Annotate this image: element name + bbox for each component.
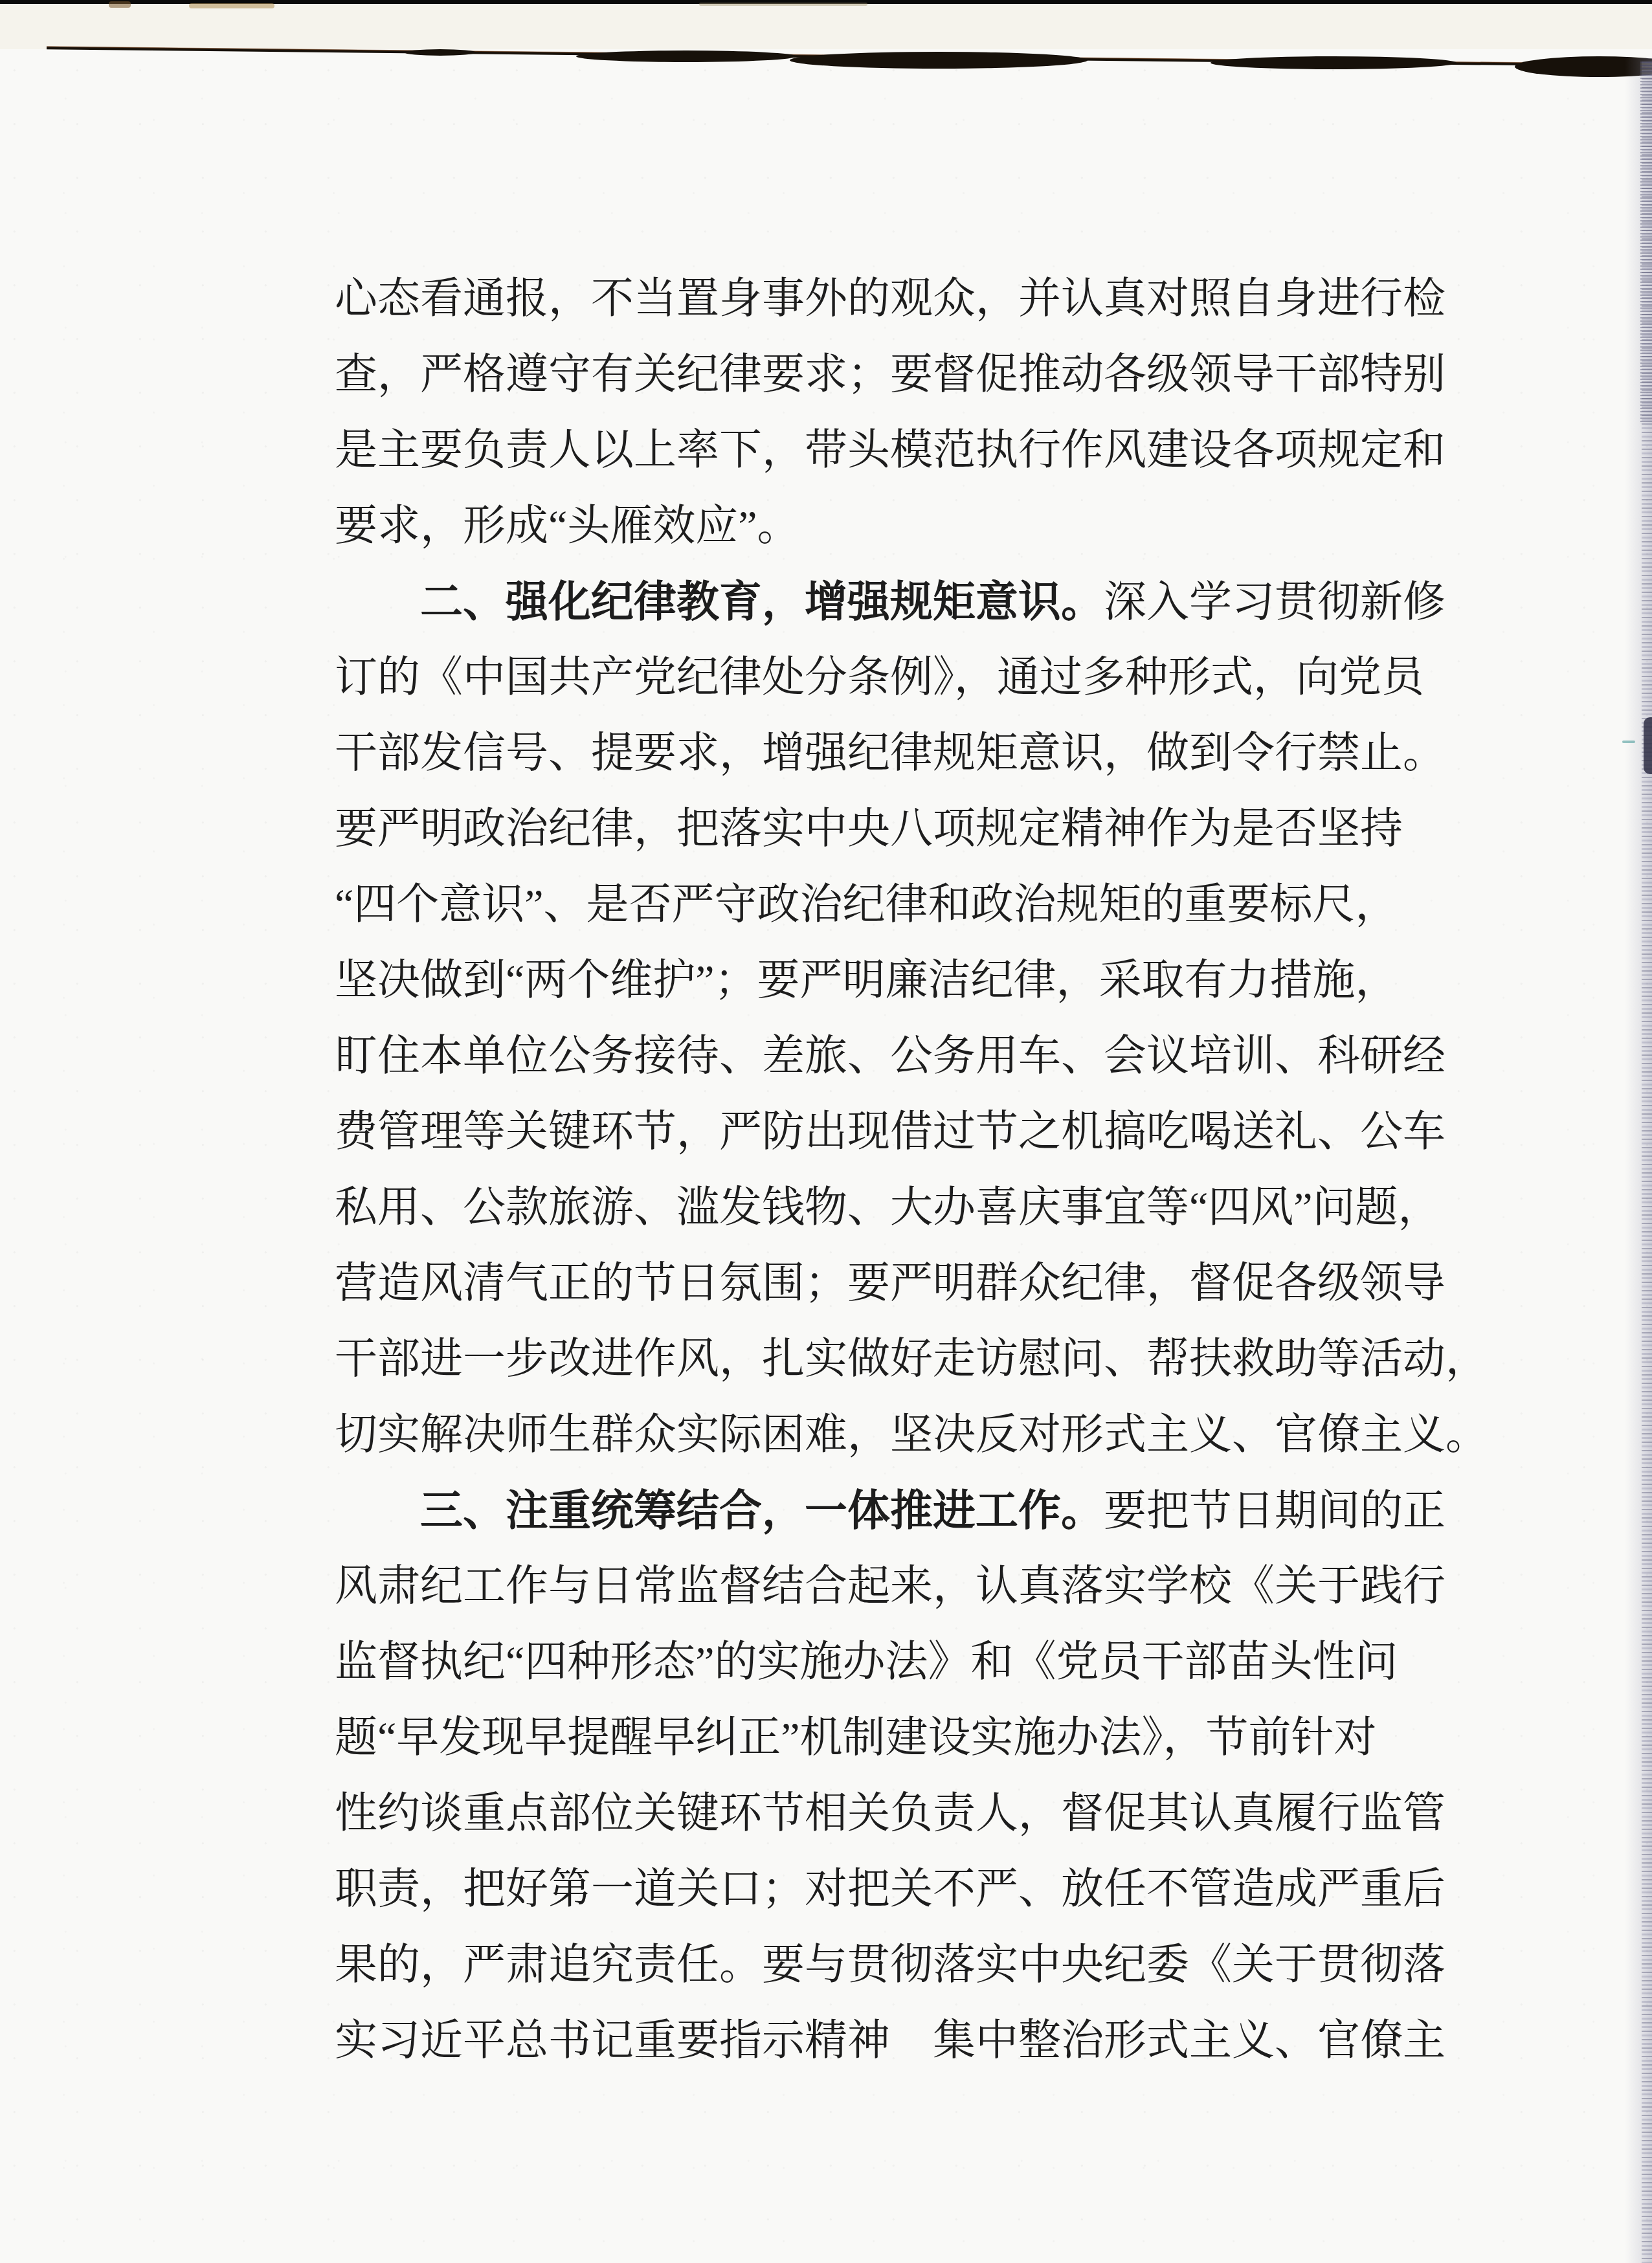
document-text-line: 私用、公款旅游、滥发钱物、大办喜庆事宜等“四风”问题， bbox=[335, 1170, 1448, 1245]
teal-speck-artifact bbox=[1622, 741, 1635, 743]
document-body-text: 心态看通报，不当置身事外的观众，并认真对照自身进行检查，严格遵守有关纪律要求；要… bbox=[335, 261, 1448, 2079]
paragraph-text: 营造风清气正的节日氛围；要严明群众纪律，督促各级领导 bbox=[335, 1260, 1445, 1307]
paragraph-text: 要求，形成“头雁效应”。 bbox=[335, 502, 800, 550]
document-text-line: 是主要负责人以上率下，带头模范执行作风建设各项规定和 bbox=[335, 412, 1448, 488]
scanned-document-page: 心态看通报，不当置身事外的观众，并认真对照自身进行检查，严格遵守有关纪律要求；要… bbox=[0, 0, 1652, 2263]
scan-crease-line-artifact bbox=[0, 0, 1652, 117]
document-text-line: 风肃纪工作与日常监督结合起来，认真落实学校《关于践行 bbox=[335, 1548, 1448, 1624]
document-text-line: 实习近平总书记重要指示精神 集中整治形式主义、官僚主 bbox=[335, 2003, 1448, 2079]
paragraph-text: 切实解决师生群众实际困难，坚决反对形式主义、官僚主义。 bbox=[335, 1411, 1488, 1458]
document-text-line: 要严明政治纪律，把落实中央八项规定精神作为是否坚持 bbox=[335, 791, 1448, 867]
document-text-line: 要求，形成“头雁效应”。 bbox=[335, 488, 1448, 564]
document-text-line: 坚决做到“两个维护”；要严明廉洁纪律，采取有力措施， bbox=[335, 942, 1448, 1018]
document-text-line: 查，严格遵守有关纪律要求；要督促推动各级领导干部特别 bbox=[335, 337, 1448, 412]
document-text-line: 二、强化纪律教育，增强规矩意识。深入学习贯彻新修 bbox=[335, 564, 1448, 640]
document-text-line: 性约谈重点部位关键环节相关负责人，督促其认真履行监管 bbox=[335, 1776, 1448, 1851]
paragraph-text: 费管理等关键环节，严防出现借过节之机搞吃喝送礼、公车 bbox=[335, 1108, 1445, 1155]
scan-right-edge-artifact-top bbox=[1640, 61, 1652, 424]
paragraph-text: 风肃纪工作与日常监督结合起来，认真落实学校《关于践行 bbox=[335, 1563, 1445, 1610]
paragraph-text: 订的《中国共产党纪律处分条例》，通过多种形式，向党员 bbox=[335, 654, 1424, 701]
paragraph-text: 监督执纪“四种形态”的实施办法》和《党员干部苗头性问 bbox=[335, 1638, 1398, 1686]
document-text-line: 切实解决师生群众实际困难，坚决反对形式主义、官僚主义。 bbox=[335, 1397, 1448, 1473]
document-text-line: 果的，严肃追究责任。要与贯彻落实中央纪委《关于贯彻落 bbox=[335, 1927, 1448, 2003]
paragraph-text: “四个意识”、是否严守政治纪律和政治规矩的重要标尺， bbox=[335, 881, 1398, 928]
paragraph-text: 果的，严肃追究责任。要与贯彻落实中央纪委《关于贯彻落 bbox=[335, 1941, 1445, 1989]
document-text-line: 三、注重统筹结合，一体推进工作。要把节日期间的正 bbox=[335, 1473, 1448, 1548]
paragraph-text: 心态看通报，不当置身事外的观众，并认真对照自身进行检 bbox=[335, 275, 1445, 322]
section-heading-text: 三、注重统筹结合，一体推进工作。 bbox=[420, 1486, 1104, 1534]
document-text-line: 职责，把好第一道关口；对把关不严、放任不管造成严重后 bbox=[335, 1851, 1448, 1927]
scan-right-edge-blob bbox=[1644, 717, 1652, 774]
document-text-line: 干部进一步改进作风，扎实做好走访慰问、帮扶救助等活动， bbox=[335, 1321, 1448, 1397]
paragraph-text: 题“早发现早提醒早纠正”机制建设实施办法》，节前针对 bbox=[335, 1714, 1377, 1761]
document-text-line: 心态看通报，不当置身事外的观众，并认真对照自身进行检 bbox=[335, 261, 1448, 337]
document-text-line: 费管理等关键环节，严防出现借过节之机搞吃喝送礼、公车 bbox=[335, 1094, 1448, 1170]
document-text-line: 监督执纪“四种形态”的实施办法》和《党员干部苗头性问 bbox=[335, 1624, 1448, 1700]
paragraph-text: 盯住本单位公务接待、差旅、公务用车、会议培训、科研经 bbox=[335, 1032, 1445, 1080]
paragraph-text: 要把节日期间的正 bbox=[1104, 1488, 1445, 1535]
paragraph-text: 深入学习贯彻新修 bbox=[1104, 579, 1445, 626]
paragraph-text: 干部发信号、提要求，增强纪律规矩意识，做到令行禁止。 bbox=[335, 730, 1445, 777]
paragraph-text: 实习近平总书记重要指示精神 集中整治形式主义、官僚主 bbox=[335, 2017, 1445, 2064]
document-text-line: 订的《中国共产党纪律处分条例》，通过多种形式，向党员 bbox=[335, 640, 1448, 715]
paragraph-text: 查，严格遵守有关纪律要求；要督促推动各级领导干部特别 bbox=[335, 351, 1445, 398]
paragraph-text: 是主要负责人以上率下，带头模范执行作风建设各项规定和 bbox=[335, 427, 1445, 474]
document-text-line: 盯住本单位公务接待、差旅、公务用车、会议培训、科研经 bbox=[335, 1018, 1448, 1094]
document-text-line: 干部发信号、提要求，增强纪律规矩意识，做到令行禁止。 bbox=[335, 715, 1448, 791]
paragraph-text: 职责，把好第一道关口；对把关不严、放任不管造成严重后 bbox=[335, 1866, 1445, 1913]
document-text-line: “四个意识”、是否严守政治纪律和政治规矩的重要标尺， bbox=[335, 867, 1448, 942]
document-text-line: 营造风清气正的节日氛围；要严明群众纪律，督促各级领导 bbox=[335, 1245, 1448, 1321]
paragraph-text: 性约谈重点部位关键环节相关负责人，督促其认真履行监管 bbox=[335, 1790, 1445, 1837]
paragraph-text: 私用、公款旅游、滥发钱物、大办喜庆事宜等“四风”问题， bbox=[335, 1184, 1441, 1231]
paragraph-text: 坚决做到“两个维护”；要严明廉洁纪律，采取有力措施， bbox=[335, 957, 1398, 1004]
paragraph-text: 干部进一步改进作风，扎实做好走访慰问、帮扶救助等活动， bbox=[335, 1335, 1488, 1383]
paragraph-text: 要严明政治纪律，把落实中央八项规定精神作为是否坚持 bbox=[335, 805, 1403, 853]
document-text-line: 题“早发现早提醒早纠正”机制建设实施办法》，节前针对 bbox=[335, 1700, 1448, 1776]
section-heading-text: 二、强化纪律教育，增强规矩意识。 bbox=[420, 577, 1104, 625]
